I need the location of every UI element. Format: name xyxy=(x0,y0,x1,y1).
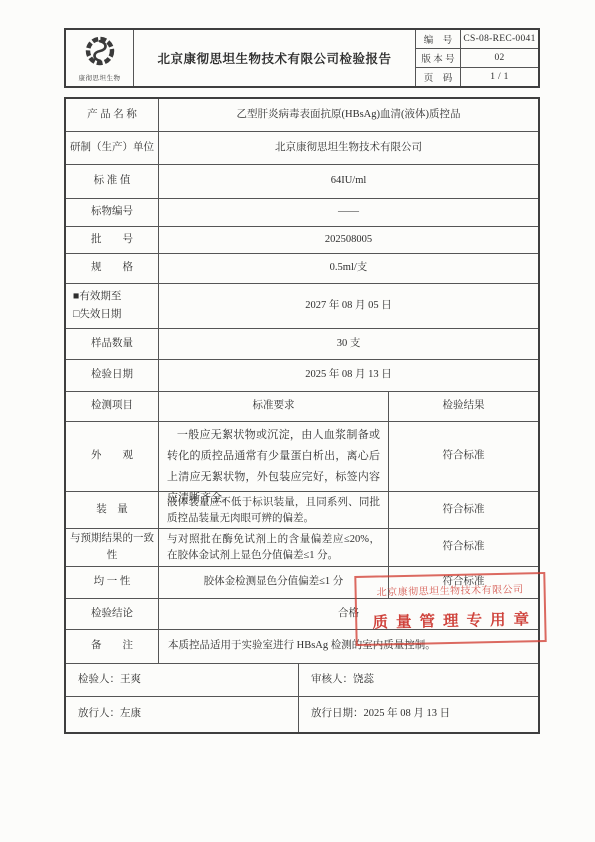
release-date-value: 2025 年 08 月 13 日 xyxy=(364,706,451,722)
conclusion-label: 检验结论 xyxy=(66,599,159,629)
doc-page-value: 1 / 1 xyxy=(461,68,538,86)
specification-value: 0.5ml/支 xyxy=(159,254,538,283)
result-header: 检验结果 xyxy=(389,392,538,421)
standard-value-value: 64IU/ml xyxy=(159,165,538,198)
table-row-release: 放行人： 左康 放行日期： 2025 年 08 月 13 日 xyxy=(66,697,538,732)
inspector-label: 检验人： xyxy=(78,672,120,688)
doc-page-label: 页 码 xyxy=(416,68,461,86)
test-date-label: 检验日期 xyxy=(66,360,159,391)
validity-value: 2027 年 08 月 05 日 xyxy=(159,284,538,328)
table-row-validity: ■有效期至 □失效日期 2027 年 08 月 05 日 xyxy=(66,284,538,329)
material-number-label: 标物编号 xyxy=(66,199,159,226)
report-title: 北京康彻思坦生物技术有限公司检验报告 xyxy=(134,30,416,86)
table-row-test-column-headers: 检测项目 标准要求 检验结果 xyxy=(66,392,538,422)
quality-management-stamp: 北京康彻思坦生物技术有限公司 质量管理专用章 xyxy=(354,572,546,646)
consistency-label: 与预期结果的一致性 xyxy=(66,529,159,566)
expiry-checked-option: ■有效期至 xyxy=(73,288,121,306)
doc-version-row: 版 本 号 02 xyxy=(416,49,538,68)
table-row-batch-number: 批 号 202508005 xyxy=(66,227,538,254)
consistency-requirement: 与对照批在酶免试剂上的含量偏差应≤20%，在胶体金试剂上显色分值偏差≤1 分。 xyxy=(159,529,389,566)
fill-volume-requirement: 液体装量应不低于标识装量，且同系列、同批质控品装量无肉眼可辨的偏差。 xyxy=(159,492,389,528)
uniformity-label: 均 一 性 xyxy=(66,567,159,598)
standard-value-label: 标 准 值 xyxy=(66,165,159,198)
release-date-cell: 放行日期： 2025 年 08 月 13 日 xyxy=(299,697,538,732)
sample-quantity-label: 样品数量 xyxy=(66,329,159,359)
releaser-cell: 放行人： 左康 xyxy=(66,697,299,732)
stamp-seal-text: 质量管理专用章 xyxy=(357,607,544,633)
report-header: 康彻思坦生物 北京康彻思坦生物技术有限公司检验报告 编 号 CS-08-REC-… xyxy=(64,28,540,88)
table-row-specification: 规 格 0.5ml/支 xyxy=(66,254,538,284)
product-name-label: 产 品 名 称 xyxy=(66,99,159,131)
fill-volume-label: 装 量 xyxy=(66,492,159,528)
table-row-product-name: 产 品 名 称 乙型肝炎病毒表面抗原(HBsAg)血清(液体)质控品 xyxy=(66,99,538,132)
table-row-appearance: 外 观 一般应无絮状物或沉淀，由人血浆制备或转化的质控品通常有少量蛋白析出，离心… xyxy=(66,422,538,492)
inspector-name: 王爽 xyxy=(120,672,141,688)
test-item-header: 检测项目 xyxy=(66,392,159,421)
invalid-unchecked-option: □失效日期 xyxy=(73,306,121,324)
batch-number-label: 批 号 xyxy=(66,227,159,253)
reviewer-label: 审核人： xyxy=(311,672,353,688)
doc-version-label: 版 本 号 xyxy=(416,49,461,67)
inspection-report-page: 康彻思坦生物 北京康彻思坦生物技术有限公司检验报告 编 号 CS-08-REC-… xyxy=(0,0,595,842)
doc-number-value: CS-08-REC-0041 xyxy=(461,30,538,48)
validity-label: ■有效期至 □失效日期 xyxy=(66,284,159,328)
table-row-sample-quantity: 样品数量 30 支 xyxy=(66,329,538,360)
consistency-result: 符合标准 xyxy=(389,529,538,566)
doc-number-label: 编 号 xyxy=(416,30,461,48)
batch-number-value: 202508005 xyxy=(159,227,538,253)
reviewer-cell: 审核人： 饶蕊 xyxy=(299,664,538,696)
company-logo: 康彻思坦生物 xyxy=(66,30,134,86)
table-row-standard-value: 标 准 值 64IU/ml xyxy=(66,165,538,199)
doc-meta-table: 编 号 CS-08-REC-0041 版 本 号 02 页 码 1 / 1 xyxy=(416,30,538,86)
table-row-inspector-reviewer: 检验人： 王爽 审核人： 饶蕊 xyxy=(66,664,538,697)
table-row-fill-volume: 装 量 液体装量应不低于标识装量，且同系列、同批质控品装量无肉眼可辨的偏差。 符… xyxy=(66,492,538,529)
doc-version-value: 02 xyxy=(461,49,538,67)
doc-page-row: 页 码 1 / 1 xyxy=(416,68,538,86)
inspector-cell: 检验人： 王爽 xyxy=(66,664,299,696)
requirement-header: 标准要求 xyxy=(159,392,389,421)
appearance-requirement: 一般应无絮状物或沉淀，由人血浆制备或转化的质控品通常有少量蛋白析出，离心后上清应… xyxy=(159,422,389,491)
manufacturer-label: 研制（生产）单位 xyxy=(66,132,159,164)
table-row-test-date: 检验日期 2025 年 08 月 13 日 xyxy=(66,360,538,392)
appearance-label: 外 观 xyxy=(66,422,159,491)
logo-caption: 康彻思坦生物 xyxy=(79,73,121,82)
releaser-name: 左康 xyxy=(120,706,141,722)
fill-volume-result: 符合标准 xyxy=(389,492,538,528)
appearance-result: 符合标准 xyxy=(389,422,538,491)
test-date-value: 2025 年 08 月 13 日 xyxy=(159,360,538,391)
stamp-company-name: 北京康彻思坦生物技术有限公司 xyxy=(356,580,543,599)
remark-label: 备 注 xyxy=(66,630,159,663)
releaser-label: 放行人： xyxy=(78,706,120,722)
table-row-material-number: 标物编号 —— xyxy=(66,199,538,227)
table-row-consistency: 与预期结果的一致性 与对照批在酶免试剂上的含量偏差应≤20%，在胶体金试剂上显色… xyxy=(66,529,538,567)
doc-number-row: 编 号 CS-08-REC-0041 xyxy=(416,30,538,49)
release-date-label: 放行日期： xyxy=(311,706,364,722)
product-name-value: 乙型肝炎病毒表面抗原(HBsAg)血清(液体)质控品 xyxy=(159,99,538,131)
reviewer-name: 饶蕊 xyxy=(353,672,374,688)
manufacturer-value: 北京康彻思坦生物技术有限公司 xyxy=(159,132,538,164)
table-row-manufacturer: 研制（生产）单位 北京康彻思坦生物技术有限公司 xyxy=(66,132,538,165)
material-number-value: —— xyxy=(159,199,538,226)
swirl-logo-icon xyxy=(84,35,116,72)
sample-quantity-value: 30 支 xyxy=(159,329,538,359)
specification-label: 规 格 xyxy=(66,254,159,283)
